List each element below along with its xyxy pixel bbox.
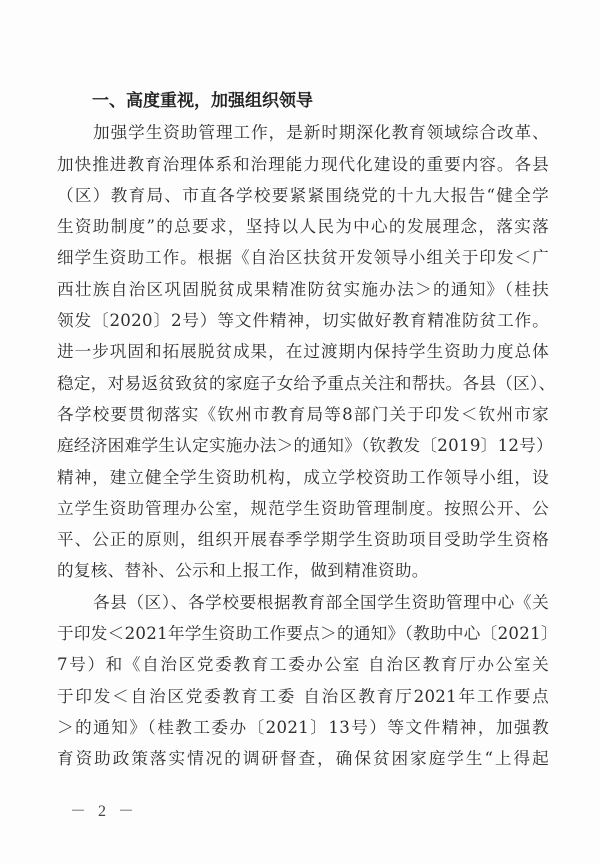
paragraph-2: 各县（区）、各学校要根据教育部全国学生资助管理中心《关 于印发＜2021年学生资… xyxy=(57,587,549,775)
paragraph-1: 加强学生资助管理工作，是新时期深化教育领域综合改革、 加快推进教育治理体系和治理… xyxy=(57,117,549,586)
paragraph-line: 细学生资助工作。根据《自治区扶贫开发领导小组关于印发＜广 xyxy=(57,242,549,273)
paragraph-line: 庭经济困难学生认定实施办法＞的通知》（钦教发〔2019〕12号） xyxy=(57,430,549,461)
paragraph-line: 加强学生资助管理工作，是新时期深化教育领域综合改革、 xyxy=(57,117,549,148)
paragraph-line: ＞的通知》（桂教工委办〔2021〕13号）等文件精神，加强教 xyxy=(57,712,549,743)
section-heading: 一、高度重视，加强组织领导 xyxy=(57,86,549,117)
paragraph-line: 西壮族自治区巩固脱贫成果精准防贫实施办法＞的通知》（桂扶 xyxy=(57,274,549,305)
paragraph-line: 稳定，对易返贫致贫的家庭子女给予重点关注和帮扶。各县（区）、 xyxy=(57,368,549,399)
paragraph-line: 于印发＜自治区党委教育工委 自治区教育厅2021年工作要点 xyxy=(57,681,549,712)
page-number: － 2 － xyxy=(70,798,138,821)
paragraph-line: 育资助政策落实情况的调研督查，确保贫困家庭学生“上得起 xyxy=(57,743,549,774)
paragraph-line: 的复核、替补、公示和上报工作，做到精准资助。 xyxy=(57,555,549,586)
paragraph-line: 领发〔2020〕2号）等文件精神，切实做好教育精准防贫工作。 xyxy=(57,305,549,336)
paragraph-line: 平、公正的原则，组织开展春季学期学生资助项目受助学生资格 xyxy=(57,524,549,555)
paragraph-line: 各县（区）、各学校要根据教育部全国学生资助管理中心《关 xyxy=(57,587,549,618)
paragraph-line: 7号）和《自治区党委教育工委办公室 自治区教育厅办公室关 xyxy=(57,649,549,680)
paragraph-line: （区）教育局、市直各学校要紧紧围绕党的十九大报告“健全学 xyxy=(57,180,549,211)
paragraph-line: 立学生资助管理办公室，规范学生资助管理制度。按照公开、公 xyxy=(57,493,549,524)
paragraph-line: 加快推进教育治理体系和治理能力现代化建设的重要内容。各县 xyxy=(57,149,549,180)
paragraph-line: 进一步巩固和拓展脱贫成果，在过渡期内保持学生资助力度总体 xyxy=(57,336,549,367)
document-page: 一、高度重视，加强组织领导 加强学生资助管理工作，是新时期深化教育领域综合改革、… xyxy=(0,0,600,864)
paragraph-line: 生资助制度”的总要求，坚持以人民为中心的发展理念，落实落 xyxy=(57,211,549,242)
paragraph-line: 精神，建立健全学生资助机构，成立学校资助工作领导小组，设 xyxy=(57,462,549,493)
paragraph-line: 于印发＜2021年学生资助工作要点＞的通知》（教助中心〔2021〕 xyxy=(57,618,549,649)
document-body: 一、高度重视，加强组织领导 加强学生资助管理工作，是新时期深化教育领域综合改革、… xyxy=(57,86,549,775)
paragraph-line: 各学校要贯彻落实《钦州市教育局等8部门关于印发＜钦州市家 xyxy=(57,399,549,430)
